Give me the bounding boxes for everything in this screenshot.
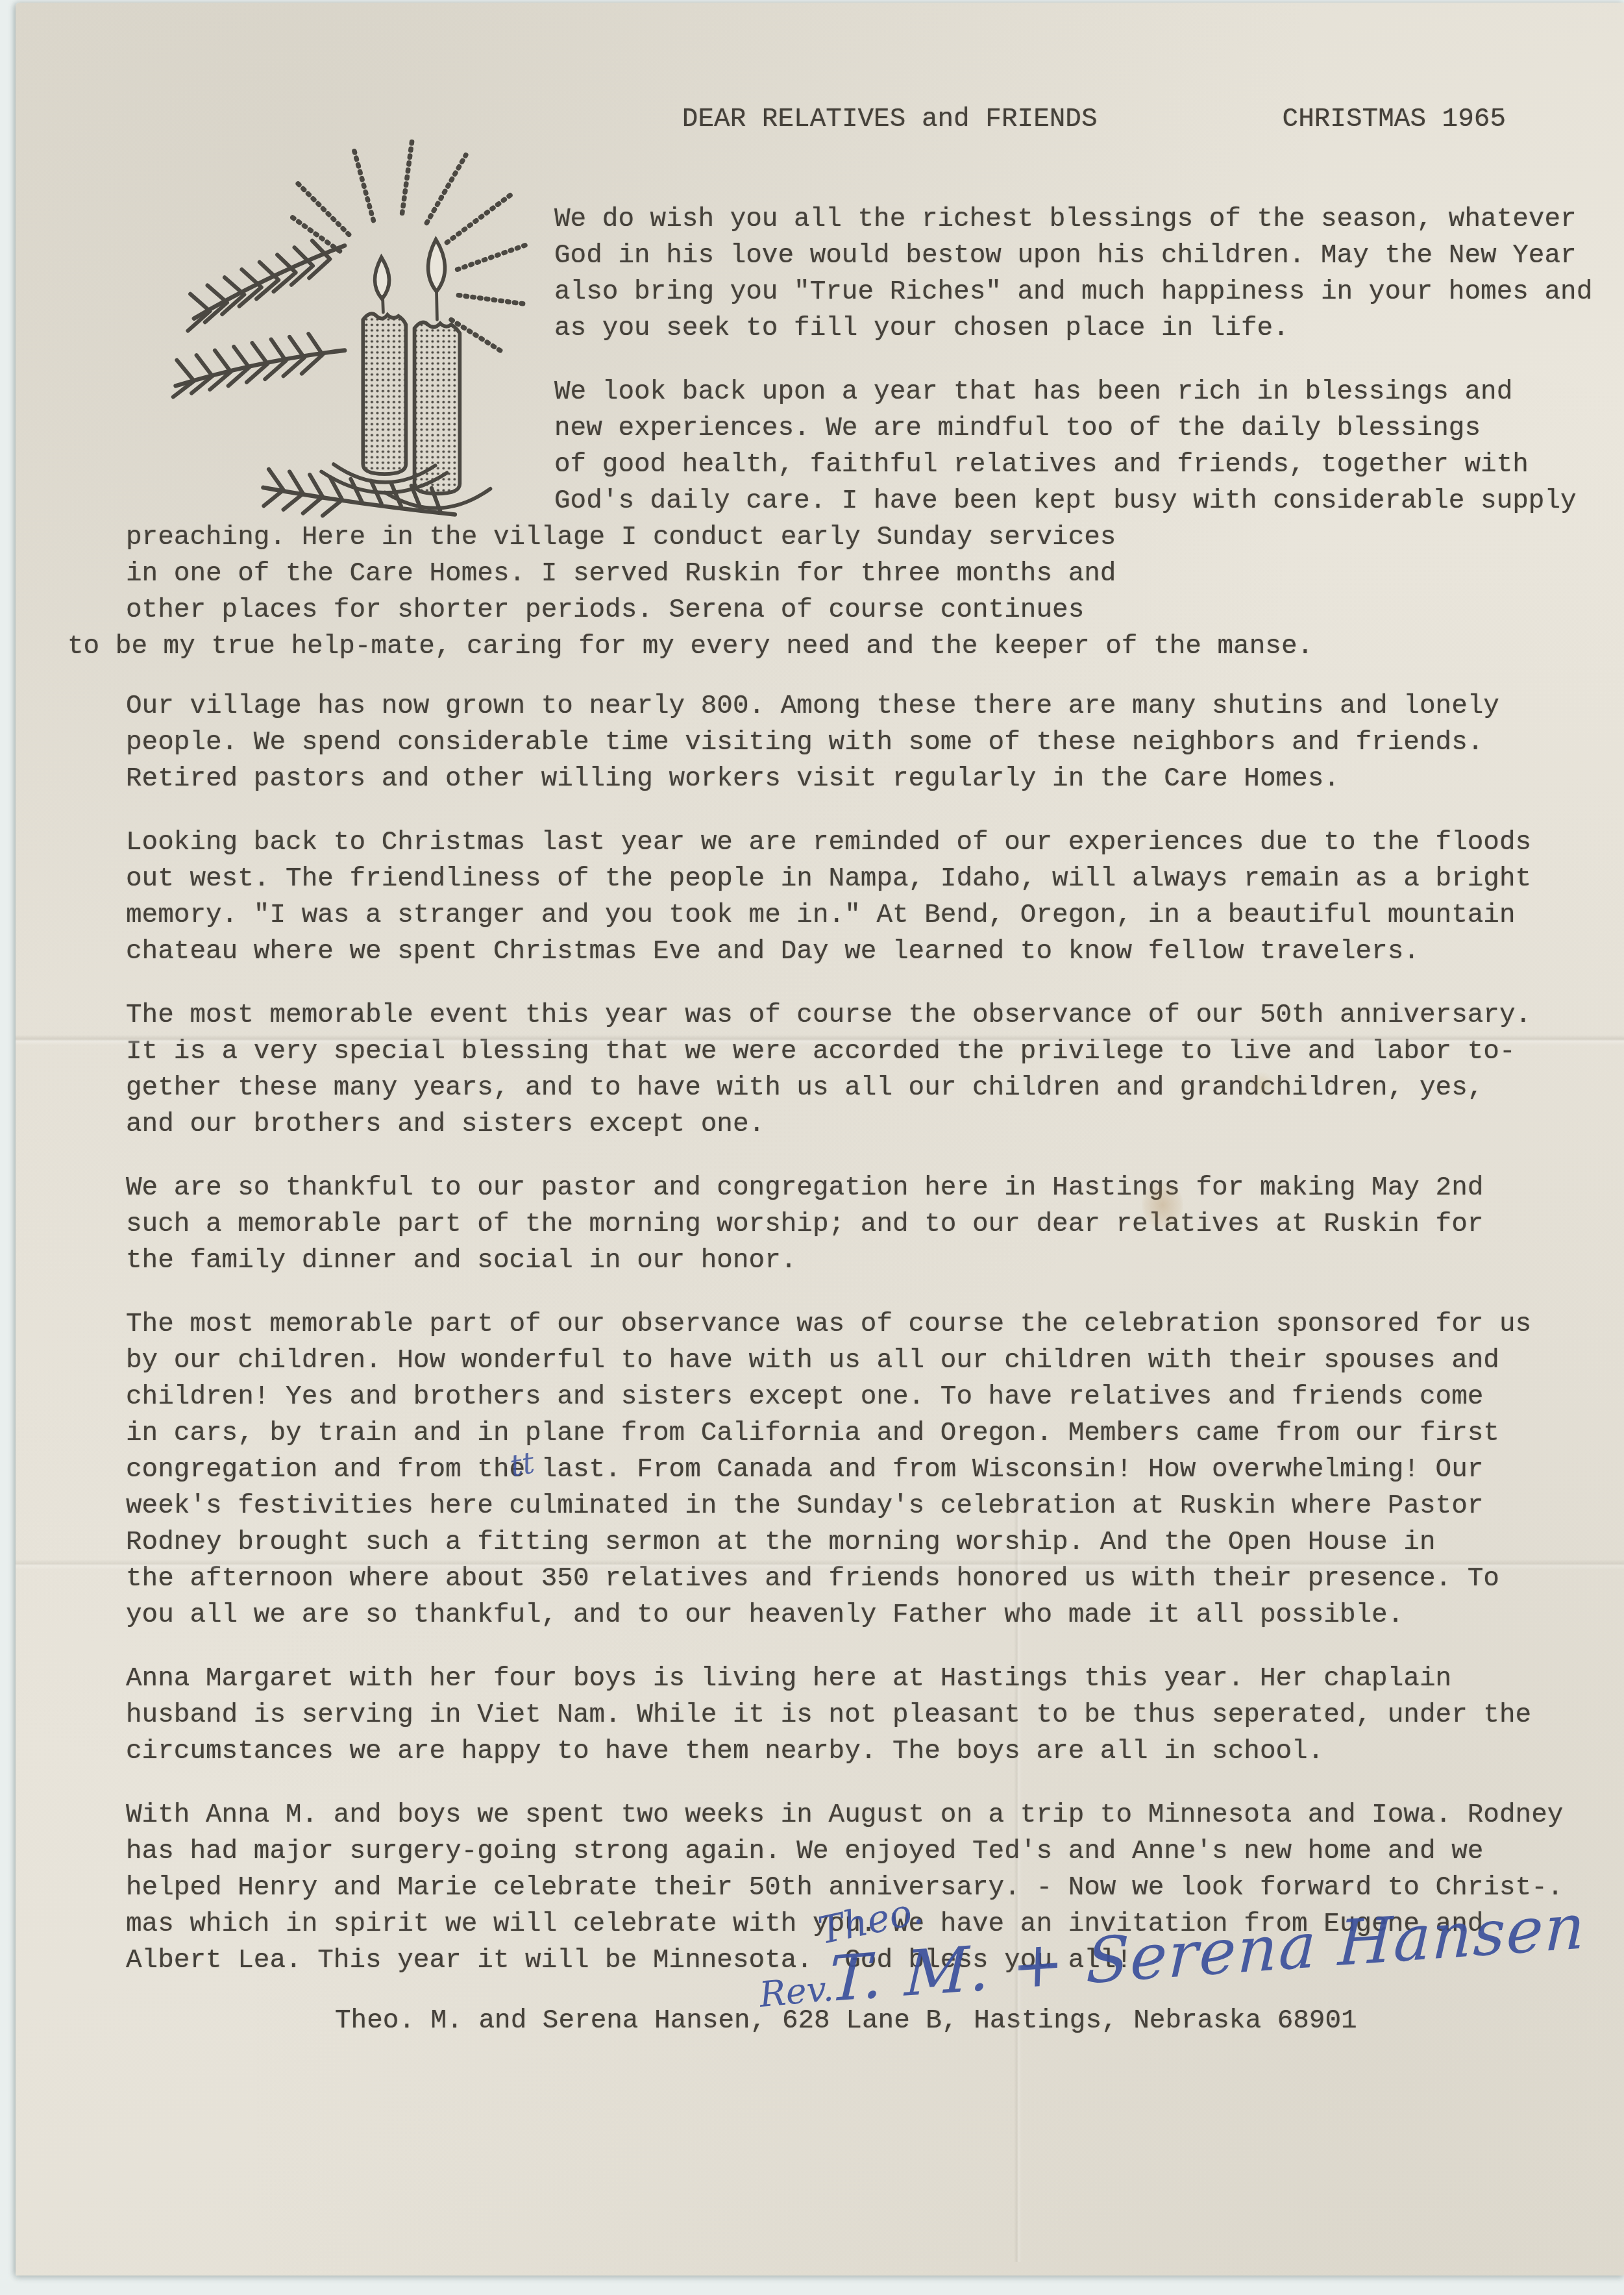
letter-line: Anna Margaret with her four boys is livi… [126,1661,1598,1697]
paper-stain [1142,1181,1183,1229]
letter-line: other places for shorter periods. Serena… [126,592,1598,628]
candle-flames [375,240,445,299]
letter-line: The most memorable event this year was o… [126,997,1598,1034]
letter-line: you all we are so thankful, and to our h… [126,1597,1598,1633]
letter-line: husband is serving in Viet Nam. While it… [126,1697,1598,1733]
paragraph-5: The most memorable event this year was o… [126,997,1598,1143]
letter-line: It is a very special blessing that we we… [126,1034,1598,1070]
letter-line: memory. "I was a stranger and you took m… [126,897,1598,934]
letter-paper-sheet: DEAR RELATIVES and FRIENDSCHRISTMAS 1965… [16,3,1624,2276]
letter-content: DEAR RELATIVES and FRIENDSCHRISTMAS 1965… [16,3,1624,1979]
letter-line: circumstances we are happy to have them … [126,1733,1598,1770]
letter-line: week's festivities here culminated in th… [126,1488,1598,1524]
paragraph-4: Looking back to Christmas last year we a… [126,825,1598,970]
letter-line: in one of the Care Homes. I served Ruski… [126,556,1598,592]
paragraph-8: Anna Margaret with her four boys is livi… [126,1661,1598,1770]
letter-line: and our brothers and sisters except one. [126,1106,1598,1143]
paragraph-7: The most memorable part of our observanc… [126,1306,1598,1633]
letter-line: The most memorable part of our observanc… [126,1306,1598,1343]
letter-line: to be my true help-mate, caring for my e… [68,628,1598,665]
candles-pine-drawing [126,65,541,519]
letter-date: CHRISTMAS 1965 [1283,105,1506,134]
candles [363,314,460,493]
candles-illustration [126,65,554,519]
letter-line: We are so thankful to our pastor and con… [126,1170,1598,1206]
letter-line: With Anna M. and boys we spent two weeks… [126,1797,1598,1833]
letter-line: the family dinner and social in our hono… [126,1243,1598,1279]
letter-line: Rodney brought such a fitting sermon at … [126,1524,1598,1561]
paper-stain [1248,1071,1275,1097]
letter-line: by our children. How wonderful to have w… [126,1343,1598,1379]
paragraph-3: Our village has now grown to nearly 800.… [126,688,1598,797]
letter-line: Our village has now grown to nearly 800.… [126,688,1598,725]
letter-line: has had major surgery-going strong again… [126,1833,1598,1870]
letter-line: the afternoon where about 350 relatives … [126,1561,1598,1597]
letter-line: children! Yes and brothers and sisters e… [126,1379,1598,1415]
letter-line: chateau where we spent Christmas Eve and… [126,934,1598,970]
letter-line: in cars, by train and in plane from Cali… [126,1415,1598,1452]
letter-line: such a memorable part of the morning wor… [126,1206,1598,1243]
letter-line: people. We spend considerable time visit… [126,725,1598,761]
letter-line: gether these many years, and to have wit… [126,1070,1598,1106]
light-rays [291,141,526,353]
letter-line: preaching. Here in the village I conduct… [126,519,1598,556]
letter-line: congregation and from the last. From Can… [126,1452,1598,1488]
letter-line: Looking back to Christmas last year we a… [126,825,1598,861]
signature-names: T. M. + Serena Hansen [828,1895,1587,2011]
address-line: Theo. M. and Serena Hansen, 628 Lane B, … [335,2006,1357,2036]
letter-line: out west. The friendliness of the people… [126,861,1598,897]
letter-line: Retired pastors and other willing worker… [126,761,1598,797]
salutation: DEAR RELATIVES and FRIENDS [682,105,1098,134]
paragraph-6: We are so thankful to our pastor and con… [126,1170,1598,1279]
heading-and-illustration-block: DEAR RELATIVES and FRIENDSCHRISTMAS 1965… [126,65,1598,628]
handwritten-signature: Theo. Rev. T. M. + Serena Hansen [756,1905,1534,2061]
